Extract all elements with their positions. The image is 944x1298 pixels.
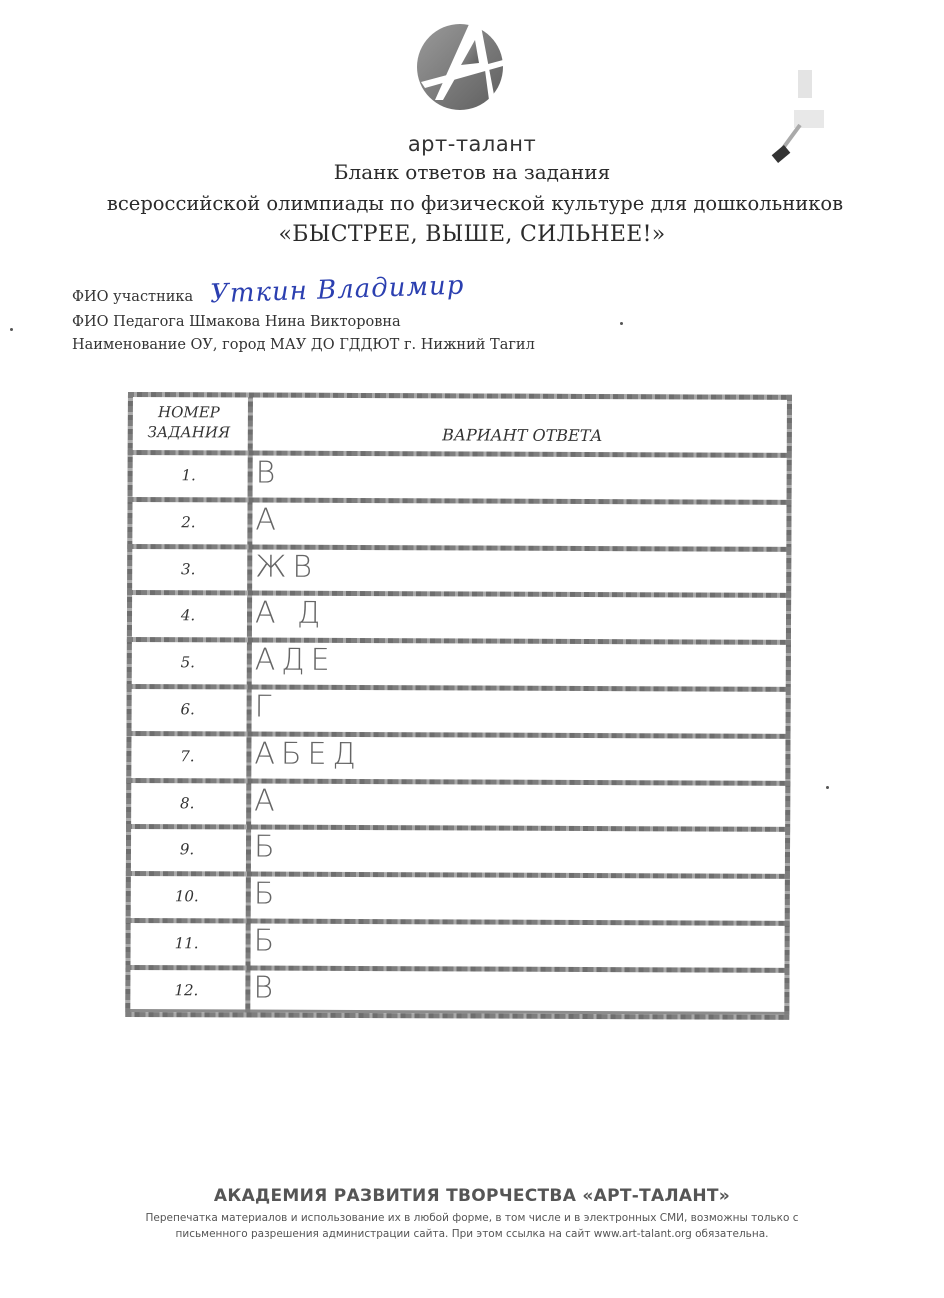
- handwritten-answer: АДЕ: [255, 646, 336, 676]
- task-number: 9.: [126, 840, 248, 859]
- task-number: 10.: [126, 887, 248, 906]
- header-task-number-line1: НОМЕР: [128, 402, 250, 423]
- participant-label: ФИО участника: [72, 289, 193, 305]
- handwritten-answer: Б: [254, 833, 281, 863]
- footer-copyright-note: письменного разрешения администрации сай…: [0, 1228, 944, 1240]
- header-task-number: НОМЕР ЗАДАНИЯ: [128, 402, 250, 443]
- brand-name: арт-талант: [0, 132, 944, 156]
- form-title: Бланк ответов на задания: [0, 160, 944, 184]
- footer-title: АКАДЕМИЯ РАЗВИТИЯ ТВОРЧЕСТВА «АРТ-ТАЛАНТ…: [0, 1186, 944, 1206]
- scan-speck: [10, 328, 13, 331]
- task-number: 11.: [126, 934, 248, 953]
- task-number: 1.: [128, 466, 250, 485]
- handwritten-answer: ЖВ: [255, 552, 318, 582]
- participant-name-handwritten: Уткин Владимир: [210, 271, 465, 310]
- header-answer-variant: ВАРИАНТ ОТВЕТА: [253, 425, 792, 446]
- olympiad-name: «БЫСТРЕЕ, ВЫШЕ, СИЛЬНЕЕ!»: [0, 222, 944, 247]
- task-number: 6.: [127, 700, 249, 719]
- scan-speck: [620, 322, 623, 325]
- handwritten-answer: В: [256, 459, 282, 489]
- school-line: Наименование ОУ, город МАУ ДО ГДДЮТ г. Н…: [72, 337, 535, 353]
- task-number: 2.: [127, 513, 249, 532]
- task-number: 12.: [125, 981, 247, 1000]
- scan-speck: [826, 786, 829, 789]
- handwritten-answer: А: [254, 786, 281, 816]
- teacher-line: ФИО Педагога Шмакова Нина Викторовна: [72, 314, 401, 330]
- answer-table: НОМЕР ЗАДАНИЯ ВАРИАНТ ОТВЕТА 1.В2.А3.ЖВ4…: [125, 392, 792, 1015]
- handwritten-answer: Б: [254, 880, 281, 910]
- handwritten-answer: А: [255, 505, 282, 535]
- task-number: 3.: [127, 560, 249, 579]
- task-number: 4.: [127, 606, 249, 625]
- handwritten-answer: В: [253, 973, 279, 1003]
- handwritten-answer: А Д: [255, 599, 326, 629]
- olympiad-subtitle: всероссийской олимпиады по физической ку…: [60, 192, 890, 215]
- footer-copyright-note: Перепечатка материалов и использование и…: [0, 1212, 944, 1224]
- art-talant-logo-icon: [415, 20, 505, 115]
- task-number: 5.: [127, 653, 249, 672]
- handwritten-answer: Г: [255, 693, 278, 723]
- task-number: 7.: [126, 747, 248, 766]
- handwritten-answer: Б: [254, 927, 281, 957]
- handwritten-answer: АБЕД: [254, 739, 361, 769]
- header-task-number-line2: ЗАДАНИЯ: [128, 422, 250, 443]
- task-number: 8.: [126, 794, 248, 813]
